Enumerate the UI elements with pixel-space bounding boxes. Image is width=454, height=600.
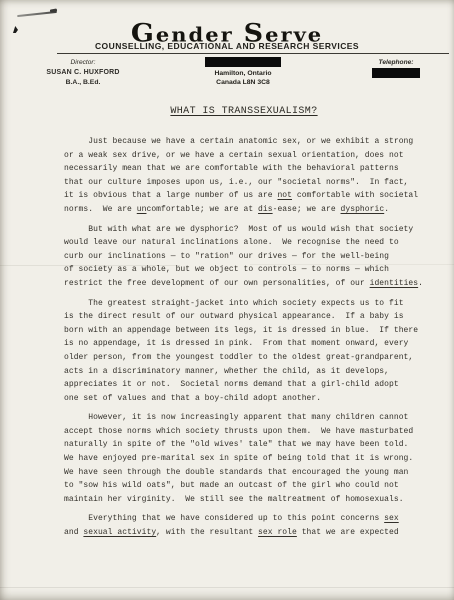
- telephone-block: Telephone:: [356, 59, 436, 78]
- text-line: naturally in spite of the "old wives' ta…: [64, 438, 424, 452]
- document-title-text: WHAT IS TRANSSEXUALISM?: [170, 106, 317, 117]
- text-line: one set of values and that a boy-child a…: [64, 392, 424, 406]
- text-line: Just because we have a certain anatomic …: [64, 135, 424, 149]
- text-line: is the direct result of our outward phys…: [64, 310, 424, 324]
- text-line: it is obvious that a large number of us …: [64, 189, 424, 203]
- text-line: or a weak sex drive, or we have a certai…: [64, 149, 424, 163]
- text-line: would leave our natural inclinations alo…: [64, 236, 424, 250]
- scan-streak: [0, 587, 454, 588]
- text-line: is no appendage, it is dressed in pink. …: [64, 337, 424, 351]
- text-line: We have enjoyed pre-marital sex in spite…: [64, 452, 424, 466]
- paragraph: But with what are we dysphoric? Most of …: [64, 223, 424, 291]
- text-line: accept those norms which society thrusts…: [64, 425, 424, 439]
- paragraph: Everything that we have considered up to…: [64, 512, 424, 539]
- document-body: WHAT IS TRANSSEXUALISM? Just because we …: [64, 106, 424, 540]
- document-title: WHAT IS TRANSSEXUALISM?: [64, 106, 424, 118]
- text-line: necessarily mean that we are comfortable…: [64, 162, 424, 176]
- director-block: Director: SUSAN C. HUXFORD B.A., B.Ed.: [33, 58, 133, 88]
- director-label: Director:: [33, 58, 133, 68]
- text-line: of society as a whole, but we object to …: [64, 263, 424, 277]
- text-line: restrict the free development of our own…: [64, 277, 424, 291]
- letterhead-tagline: COUNSELLING, EDUCATIONAL AND RESEARCH SE…: [0, 41, 454, 51]
- text-line: appreciates it or not. Societal norms de…: [64, 378, 424, 392]
- text-line: born with an appendage between its legs,…: [64, 324, 424, 338]
- director-credentials: B.A., B.Ed.: [33, 78, 133, 88]
- paragraph: However, it is now increasingly apparent…: [64, 411, 424, 506]
- text-line: and sexual activity, with the resultant …: [64, 526, 424, 540]
- text-line: norms. We are uncomfortable; we are at d…: [64, 203, 424, 217]
- address-block: Hamilton, Ontario Canada L8N 3C8: [183, 57, 303, 87]
- telephone-label: Telephone:: [356, 59, 436, 66]
- text-line: older person, from the youngest toddler …: [64, 351, 424, 365]
- text-line: that our culture imposes upon us, i.e., …: [64, 176, 424, 190]
- address-postal: Canada L8N 3C8: [183, 78, 303, 87]
- text-line: acts in a discriminatory manner, whether…: [64, 365, 424, 379]
- header-divider: [57, 53, 449, 54]
- text-line: We have seen through the double standard…: [64, 466, 424, 480]
- text-line: maintain her virginity. We still see the…: [64, 493, 424, 507]
- text-line: But with what are we dysphoric? Most of …: [64, 223, 424, 237]
- address-city: Hamilton, Ontario: [183, 69, 303, 78]
- scanned-document-page: GenderServe COUNSELLING, EDUCATIONAL AND…: [0, 0, 454, 600]
- redaction-bar-address: [205, 57, 281, 67]
- text-line: to "sow his wild oats", but made an outc…: [64, 479, 424, 493]
- text-line: Everything that we have considered up to…: [64, 512, 424, 526]
- paragraph: Just because we have a certain anatomic …: [64, 135, 424, 217]
- text-line: curb our inclinations — to "ration" our …: [64, 250, 424, 264]
- paragraph: The greatest straight-jacket into which …: [64, 297, 424, 406]
- text-line: However, it is now increasingly apparent…: [64, 411, 424, 425]
- paragraphs-container: Just because we have a certain anatomic …: [64, 135, 424, 540]
- director-name: SUSAN C. HUXFORD: [33, 68, 133, 78]
- text-line: The greatest straight-jacket into which …: [64, 297, 424, 311]
- redaction-bar-phone: [372, 68, 420, 78]
